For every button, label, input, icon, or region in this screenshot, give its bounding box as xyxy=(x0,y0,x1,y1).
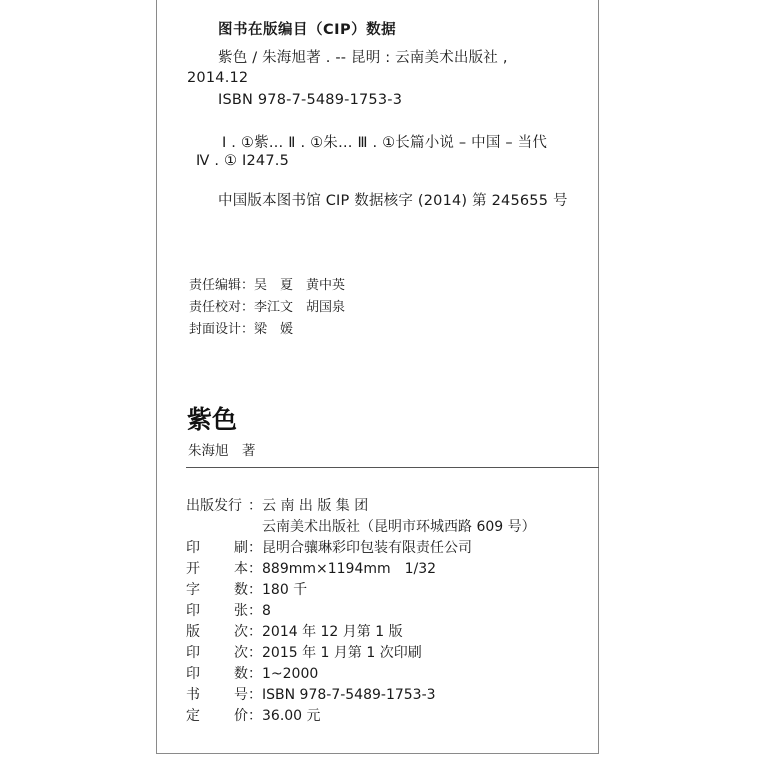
colophon-label: 开本： xyxy=(186,559,262,580)
credits-block: 责任编辑：吴 夏 黄中英 责任校对：李江文 胡国泉 封面设计：梁 媛 xyxy=(189,275,345,341)
cip-line-isbn: ISBN 978-7-5489-1753-3 xyxy=(218,92,402,108)
cip-line-subjects: Ⅰ . ①紫… Ⅱ . ①朱… Ⅲ . ①长篇小说 – 中国 – 当代 xyxy=(222,131,547,152)
credit-label: 封面设计： xyxy=(189,322,254,337)
colophon-value: 2014 年 12 月第 1 版 xyxy=(262,622,403,643)
credit-label: 责任校对： xyxy=(189,300,254,315)
colophon-row-publisher-address: 云南美术出版社（昆明市环城西路 609 号） xyxy=(186,517,536,538)
colophon-value: 云南美术出版社（昆明市环城西路 609 号） xyxy=(262,517,536,538)
colophon-row-impression: 印次： 2015 年 1 月第 1 次印刷 xyxy=(186,643,536,664)
colophon-label: 印张： xyxy=(186,601,262,622)
colophon-value: 889mm×1194mm 1/32 xyxy=(262,559,436,580)
colophon-row-print-run: 印数： 1~2000 xyxy=(186,664,536,685)
colophon-value: 云 南 出 版 集 团 xyxy=(262,496,368,517)
colophon-label: 印数： xyxy=(186,664,262,685)
credit-label: 责任编辑： xyxy=(189,278,254,293)
cip-heading: 图书在版编目（CIP）数据 xyxy=(218,18,396,39)
colophon-label: 书号： xyxy=(186,685,262,706)
colophon-value: 1~2000 xyxy=(262,664,318,685)
colophon-row-format: 开本： 889mm×1194mm 1/32 xyxy=(186,559,536,580)
colophon-value: 昆明合骧琳彩印包装有限责任公司 xyxy=(262,538,472,559)
credit-value: 李江文 胡国泉 xyxy=(254,300,345,315)
cip-line-classification: Ⅳ . ① I247.5 xyxy=(196,153,289,169)
colophon-value: 2015 年 1 月第 1 次印刷 xyxy=(262,643,422,664)
colophon-label: 版次： xyxy=(186,622,262,643)
colophon-row-price: 定价： 36.00 元 xyxy=(186,706,536,727)
credit-cover-designer: 封面设计：梁 媛 xyxy=(189,319,345,341)
colophon-label: 字数： xyxy=(186,580,262,601)
section-divider xyxy=(186,467,599,468)
book-author: 朱海旭 著 xyxy=(188,439,256,459)
colophon-value: 8 xyxy=(262,601,271,622)
colophon-row-isbn: 书号： ISBN 978-7-5489-1753-3 xyxy=(186,685,536,706)
colophon-label xyxy=(186,517,262,538)
colophon-row-edition: 版次： 2014 年 12 月第 1 版 xyxy=(186,622,536,643)
credit-proofreader: 责任校对：李江文 胡国泉 xyxy=(189,297,345,319)
colophon-value: 180 千 xyxy=(262,580,307,601)
cip-line-record-number: 中国版本图书馆 CIP 数据核字 (2014) 第 245655 号 xyxy=(218,189,568,210)
credit-value: 梁 媛 xyxy=(254,322,293,337)
cip-line-citation: 紫色 / 朱海旭著 . -- 昆明 : 云南美术出版社 , xyxy=(218,46,508,67)
credit-value: 吴 夏 黄中英 xyxy=(254,278,345,293)
book-title: 紫色 xyxy=(187,400,237,436)
colophon-row-printed-sheets: 印张： 8 xyxy=(186,601,536,622)
colophon-label: 出版发行： xyxy=(186,496,262,517)
colophon-value: ISBN 978-7-5489-1753-3 xyxy=(262,685,436,706)
colophon-block: 出版发行： 云 南 出 版 集 团 云南美术出版社（昆明市环城西路 609 号）… xyxy=(186,496,536,727)
colophon-label: 印刷： xyxy=(186,538,262,559)
credit-editor: 责任编辑：吴 夏 黄中英 xyxy=(189,275,345,297)
colophon-row-word-count: 字数： 180 千 xyxy=(186,580,536,601)
colophon-value: 36.00 元 xyxy=(262,706,321,727)
cip-line-date: 2014.12 xyxy=(187,70,248,86)
colophon-row-printer: 印刷： 昆明合骧琳彩印包装有限责任公司 xyxy=(186,538,536,559)
colophon-label: 印次： xyxy=(186,643,262,664)
colophon-row-publisher: 出版发行： 云 南 出 版 集 团 xyxy=(186,496,536,517)
colophon-label: 定价： xyxy=(186,706,262,727)
